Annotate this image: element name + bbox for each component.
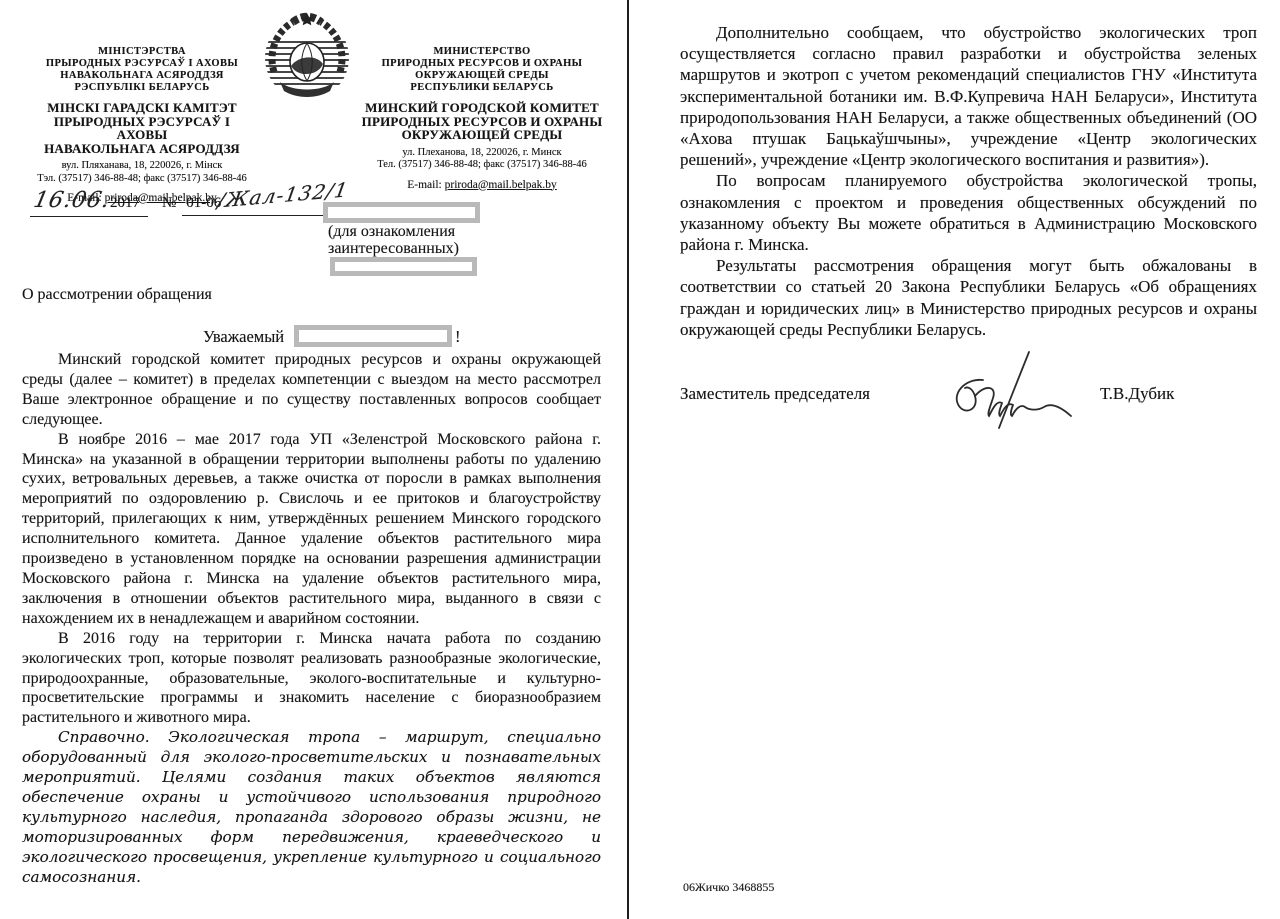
scanned-letter: МІНІСТЭРСТВА ПРЫРОДНЫХ РЭСУРСАЎ І АХОВЫ …	[0, 0, 1280, 919]
letterhead-by: МІНІСТЭРСТВА ПРЫРОДНЫХ РЭСУРСАЎ І АХОВЫ …	[28, 46, 256, 205]
body-paragraph: Результаты рассмотрения обращения могут …	[680, 255, 1257, 340]
salutation-suffix: !	[455, 327, 461, 347]
committee-name-by: МІНСКІ ГАРАДСКІ КАМІТЭТ ПРЫРОДНЫХ РЭСУРС…	[28, 101, 256, 155]
salutation-prefix: Уважаемый	[203, 327, 284, 347]
phone-line-ru: Тел. (37517) 346-88-48; факс (37517) 346…	[352, 159, 612, 172]
number-sign: №	[162, 195, 176, 211]
redaction-box-recipient-2	[330, 257, 477, 276]
phone-line-by: Тэл. (37517) 346-88-48; факс (37517) 346…	[28, 173, 256, 186]
org-address-by: вул. Пляханава, 18, 220026, г. Мінск Тэл…	[28, 160, 256, 185]
handwritten-date: 16.06.	[31, 188, 112, 213]
redaction-box-recipient-1	[323, 202, 480, 223]
org-email-ru: E-mail: priroda@mail.belpak.by	[352, 179, 612, 192]
body-paragraph: В 2016 году на территории г. Минска нача…	[22, 629, 601, 729]
dateline: 16.06.2017№01-06/Жал-132/1	[30, 188, 356, 217]
outgoing-date: 16.06.2017	[30, 188, 148, 217]
body-paragraph: В ноябре 2016 – мае 2017 года УП «Зеленс…	[22, 430, 601, 629]
email-address-ru: priroda@mail.belpak.by	[445, 179, 557, 191]
org-address-ru: ул. Плеханова, 18, 220026, г. Минск Тел.…	[352, 147, 612, 172]
org-name-ru: МИНИСТЕРСТВО ПРИРОДНЫХ РЕСУРСОВ И ОХРАНЫ…	[352, 46, 612, 94]
reference-paragraph: Справочно. Экологическая тропа – маршрут…	[22, 728, 601, 887]
body-paragraph: Дополнительно сообщаем, что обустройство…	[680, 22, 1257, 170]
org-name-by: МІНІСТЭРСТВА ПРЫРОДНЫХ РЭСУРСАЎ І АХОВЫ …	[28, 46, 256, 94]
footer-note: 06Жичко 3468855	[683, 880, 774, 895]
letterhead-ru: МИНИСТЕРСТВО ПРИРОДНЫХ РЕСУРСОВ И ОХРАНЫ…	[352, 46, 612, 192]
signature-title: Заместитель председателя	[680, 384, 870, 404]
typed-year: 2017	[110, 195, 140, 211]
address-line-by: вул. Пляханава, 18, 220026, г. Мінск	[28, 160, 256, 173]
committee-name-ru: МИНСКИЙ ГОРОДСКОЙ КОМИТЕТ ПРИРОДНЫХ РЕСУ…	[352, 101, 612, 142]
belarus-coat-of-arms-icon	[262, 12, 352, 102]
body-paragraph: По вопросам планируемого обустройства эк…	[680, 170, 1257, 255]
address-line-ru: ул. Плеханова, 18, 220026, г. Минск	[352, 147, 612, 160]
letter-body-right: Дополнительно сообщаем, что обустройство…	[680, 22, 1257, 340]
document-page-left: МІНІСТЭРСТВА ПРЫРОДНЫХ РЭСУРСАЎ І АХОВЫ …	[0, 0, 627, 919]
document-page-right: Дополнительно сообщаем, что обустройство…	[629, 0, 1280, 919]
body-paragraph: Минский городской комитет природных ресу…	[22, 350, 601, 430]
recipient-note: (для ознакомления заинтересованных)	[328, 224, 459, 257]
signature-scribble-icon	[945, 350, 1075, 435]
redaction-box-name	[294, 325, 452, 347]
subject-line: О рассмотрении обращения	[22, 286, 212, 304]
letter-body-left: Минский городской комитет природных ресу…	[22, 350, 601, 887]
signatory-name: Т.В.Дубик	[1100, 384, 1174, 404]
email-label-ru: E-mail:	[407, 179, 442, 191]
